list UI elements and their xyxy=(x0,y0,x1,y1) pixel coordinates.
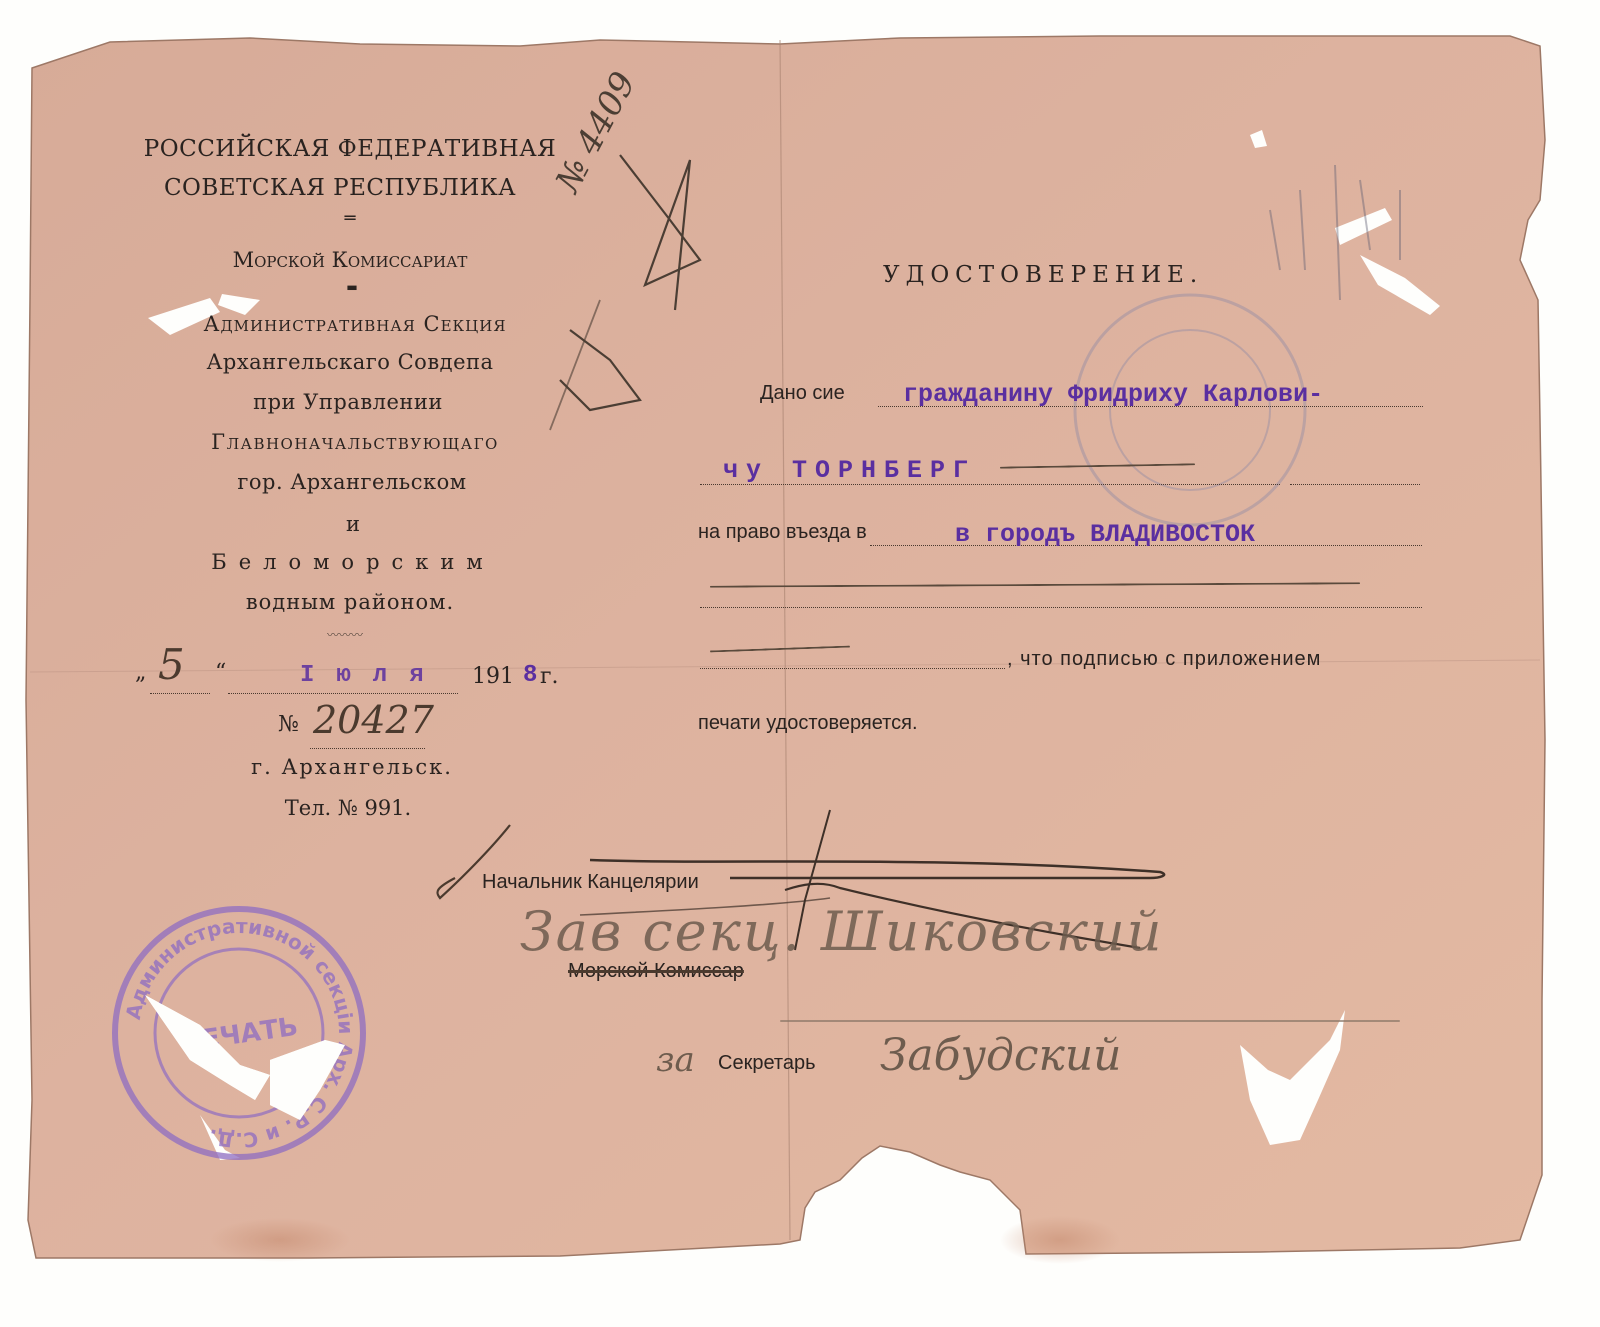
paper-damage-overlay xyxy=(0,0,1600,1327)
